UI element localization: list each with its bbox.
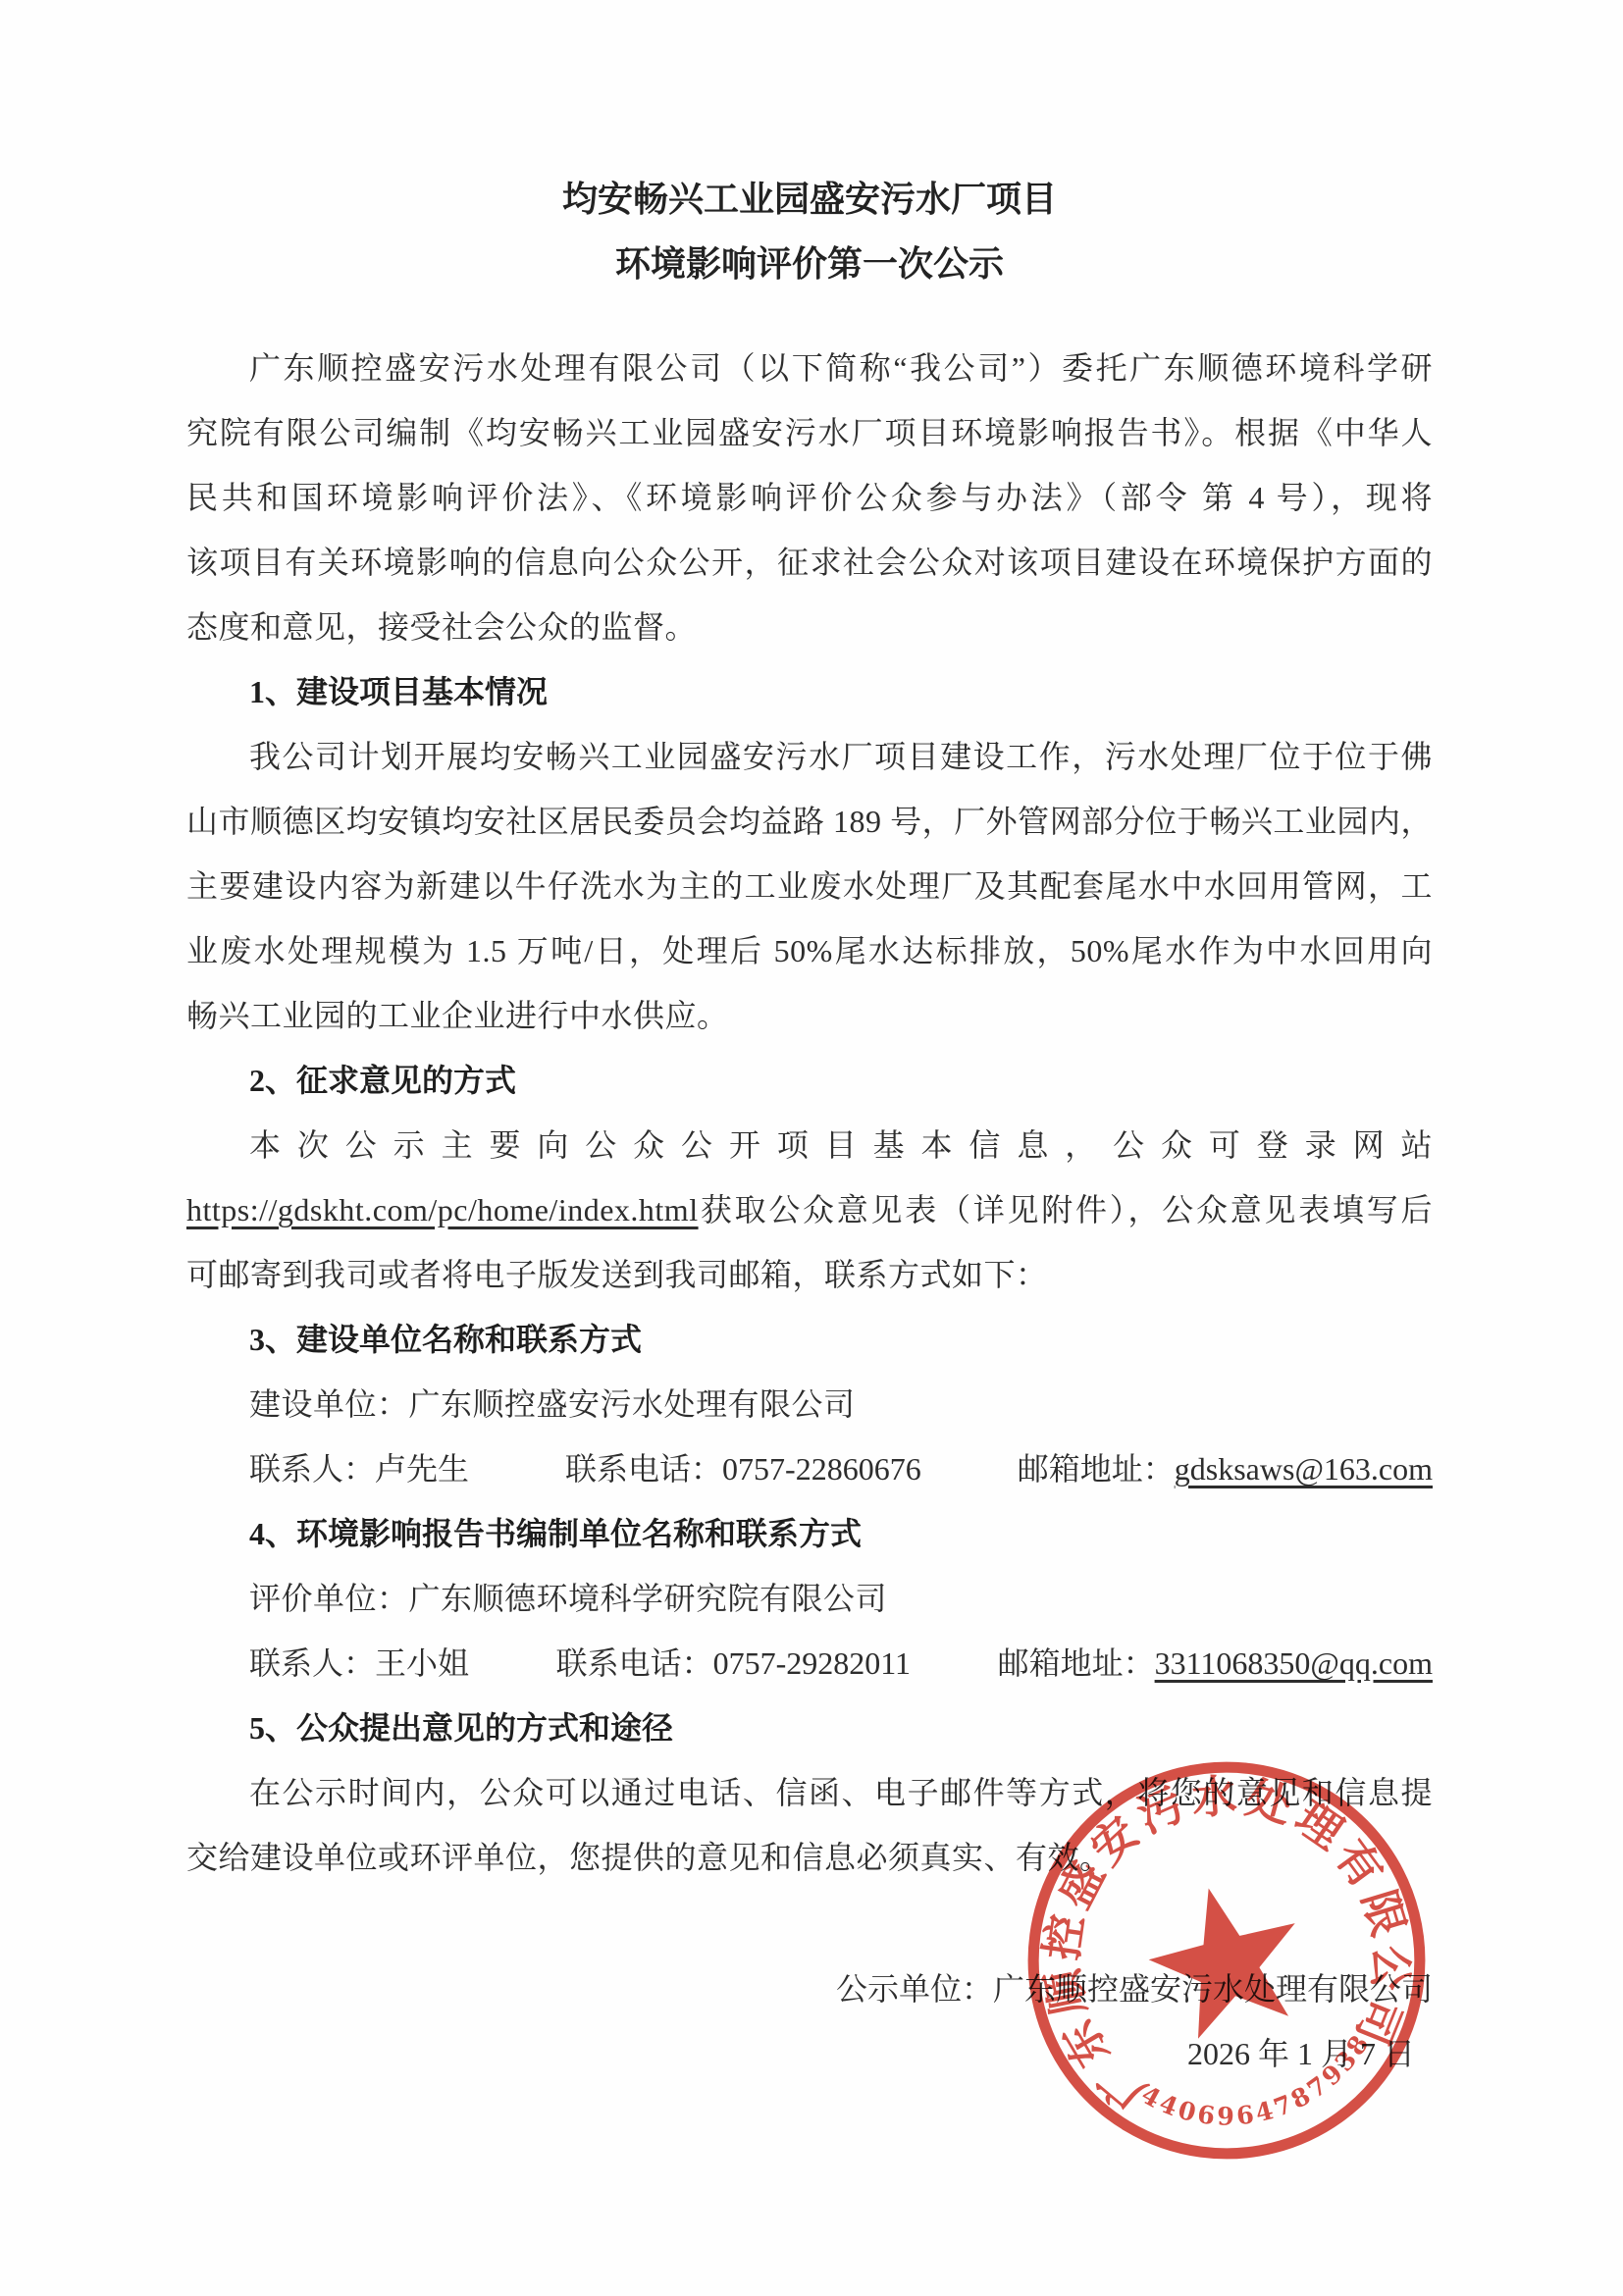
- seal-serial-digit: 0: [1176, 2095, 1200, 2127]
- intro-paragraph: 广东顺控盛安污水处理有限公司（以下简称“我公司”）委托广东顺德环境科学研 究院有…: [186, 336, 1433, 659]
- section4-heading: 4、环境影响报告书编制单位名称和联系方式: [186, 1501, 1433, 1566]
- section5-line: 交给建设单位或环评单位，您提供的意见和信息必须真实、有效。: [186, 1825, 1433, 1890]
- section1-line: 业废水处理规模为 1.5 万吨/日，处理后 50%尾水达标排放，50%尾水作为中…: [186, 918, 1433, 983]
- intro-line: 广东顺控盛安污水处理有限公司（以下简称“我公司”）委托广东顺德环境科学研: [186, 336, 1433, 400]
- intro-line: 该项目有关环境影响的信息向公众公开，征求社会公众对该项目建设在环境保护方面的: [186, 530, 1433, 595]
- section2-line-rest: 获取公众意见表（详见附件），公众意见表填写后: [699, 1192, 1433, 1227]
- assessment-unit-line: 评价单位：广东顺德环境科学研究院有限公司: [186, 1566, 1433, 1631]
- intro-line: 究院有限公司编制《均安畅兴工业园盛安污水厂项目环境影响报告书》。根据《中华人: [186, 400, 1433, 465]
- section1-line: 山市顺德区均安镇均安社区居民委员会均益路 189 号，厂外管网部分位于畅兴工业园…: [186, 789, 1433, 854]
- seal-company-char: 限: [1353, 1885, 1413, 1942]
- section2-line: 可邮寄到我司或者将电子版发送到我司邮箱，联系方式如下：: [186, 1242, 1433, 1307]
- doc-subtitle: 环境影响评价第一次公示: [186, 232, 1433, 296]
- seal-serial-digit: 7: [1270, 2089, 1296, 2122]
- section1-line: 我公司计划开展均安畅兴工业园盛安污水厂项目建设工作，污水处理厂位于位于佛: [186, 724, 1433, 789]
- section3-heading: 3、建设单位名称和联系方式: [186, 1307, 1433, 1372]
- construction-contact-row: 联系人：卢先生 联系电话：0757-22860676 邮箱地址：gdsksaws…: [186, 1436, 1433, 1501]
- email-label: 邮箱地址：: [998, 1645, 1155, 1681]
- intro-line: 民共和国环境影响评价法》、《环境影响评价公众参与办法》（部令 第 4 号），现将: [186, 465, 1433, 530]
- construction-unit-line: 建设单位：广东顺控盛安污水处理有限公司: [186, 1372, 1433, 1436]
- doc-title: 均安畅兴工业园盛安污水厂项目: [186, 167, 1433, 232]
- publisher-line: 公示单位：广东顺控盛安污水处理有限公司: [186, 1957, 1433, 2021]
- section2-line: 本次公示主要向公众公开项目基本信息，公众可登录网站: [186, 1113, 1433, 1177]
- contact-phone: 联系电话：0757-22860676: [565, 1436, 921, 1501]
- section2-url-line: https://gdskht.com/pc/home/index.html获取公…: [186, 1177, 1433, 1242]
- section5-paragraph: 在公示时间内，公众可以通过电话、信函、电子邮件等方式，将您的意见和信息提 交给建…: [186, 1760, 1433, 1890]
- section5-heading: 5、公众提出意见的方式和途径: [186, 1696, 1433, 1760]
- section2-paragraph: 本次公示主要向公众公开项目基本信息，公众可登录网站 https://gdskht…: [186, 1113, 1433, 1307]
- email-label: 邮箱地址：: [1018, 1451, 1175, 1487]
- public-opinion-form-link[interactable]: https://gdskht.com/pc/home/index.html: [186, 1192, 699, 1227]
- assessment-email-link[interactable]: 3311068350@qq.com: [1155, 1645, 1433, 1681]
- assessment-contact-row: 联系人：王小姐 联系电话：0757-29282011 邮箱地址：33110683…: [186, 1631, 1433, 1696]
- construction-email-link[interactable]: gdsksaws@163.com: [1175, 1451, 1433, 1487]
- seal-serial-digit: 4: [1252, 2095, 1276, 2127]
- section1-heading: 1、建设项目基本情况: [186, 659, 1433, 724]
- intro-line: 态度和意见，接受社会公众的监督。: [186, 595, 1433, 659]
- section1-line: 主要建设内容为新建以牛仔洗水为主的工业废水处理厂及其配套尾水中水回用管网，工: [186, 854, 1433, 918]
- seal-serial-digit: 4: [1155, 2088, 1181, 2121]
- date-line: 2026 年 1 月 7 日: [186, 2021, 1433, 2086]
- seal-company-char: 控: [1037, 1911, 1092, 1962]
- contact-email-cell: 邮箱地址：gdsksaws@163.com: [1018, 1436, 1433, 1501]
- contact-phone: 联系电话：0757-29282011: [556, 1631, 911, 1696]
- contact-person: 联系人：王小姐: [249, 1631, 469, 1696]
- seal-serial-digit: 6: [1234, 2100, 1255, 2131]
- section5-line: 在公示时间内，公众可以通过电话、信函、电子邮件等方式，将您的意见和信息提: [186, 1760, 1433, 1825]
- seal-serial-digit: 9: [1217, 2102, 1234, 2131]
- contact-email-cell: 邮箱地址：3311068350@qq.com: [998, 1631, 1433, 1696]
- contact-person: 联系人：卢先生: [249, 1436, 469, 1501]
- section1-paragraph: 我公司计划开展均安畅兴工业园盛安污水厂项目建设工作，污水处理厂位于位于佛 山市顺…: [186, 724, 1433, 1048]
- seal-serial-digit: 6: [1196, 2099, 1217, 2130]
- section1-line: 畅兴工业园的工业企业进行中水供应。: [186, 983, 1433, 1048]
- section2-heading: 2、征求意见的方式: [186, 1048, 1433, 1113]
- document-page: 均安畅兴工业园盛安污水厂项目 环境影响评价第一次公示 广东顺控盛安污水处理有限公…: [0, 0, 1623, 2296]
